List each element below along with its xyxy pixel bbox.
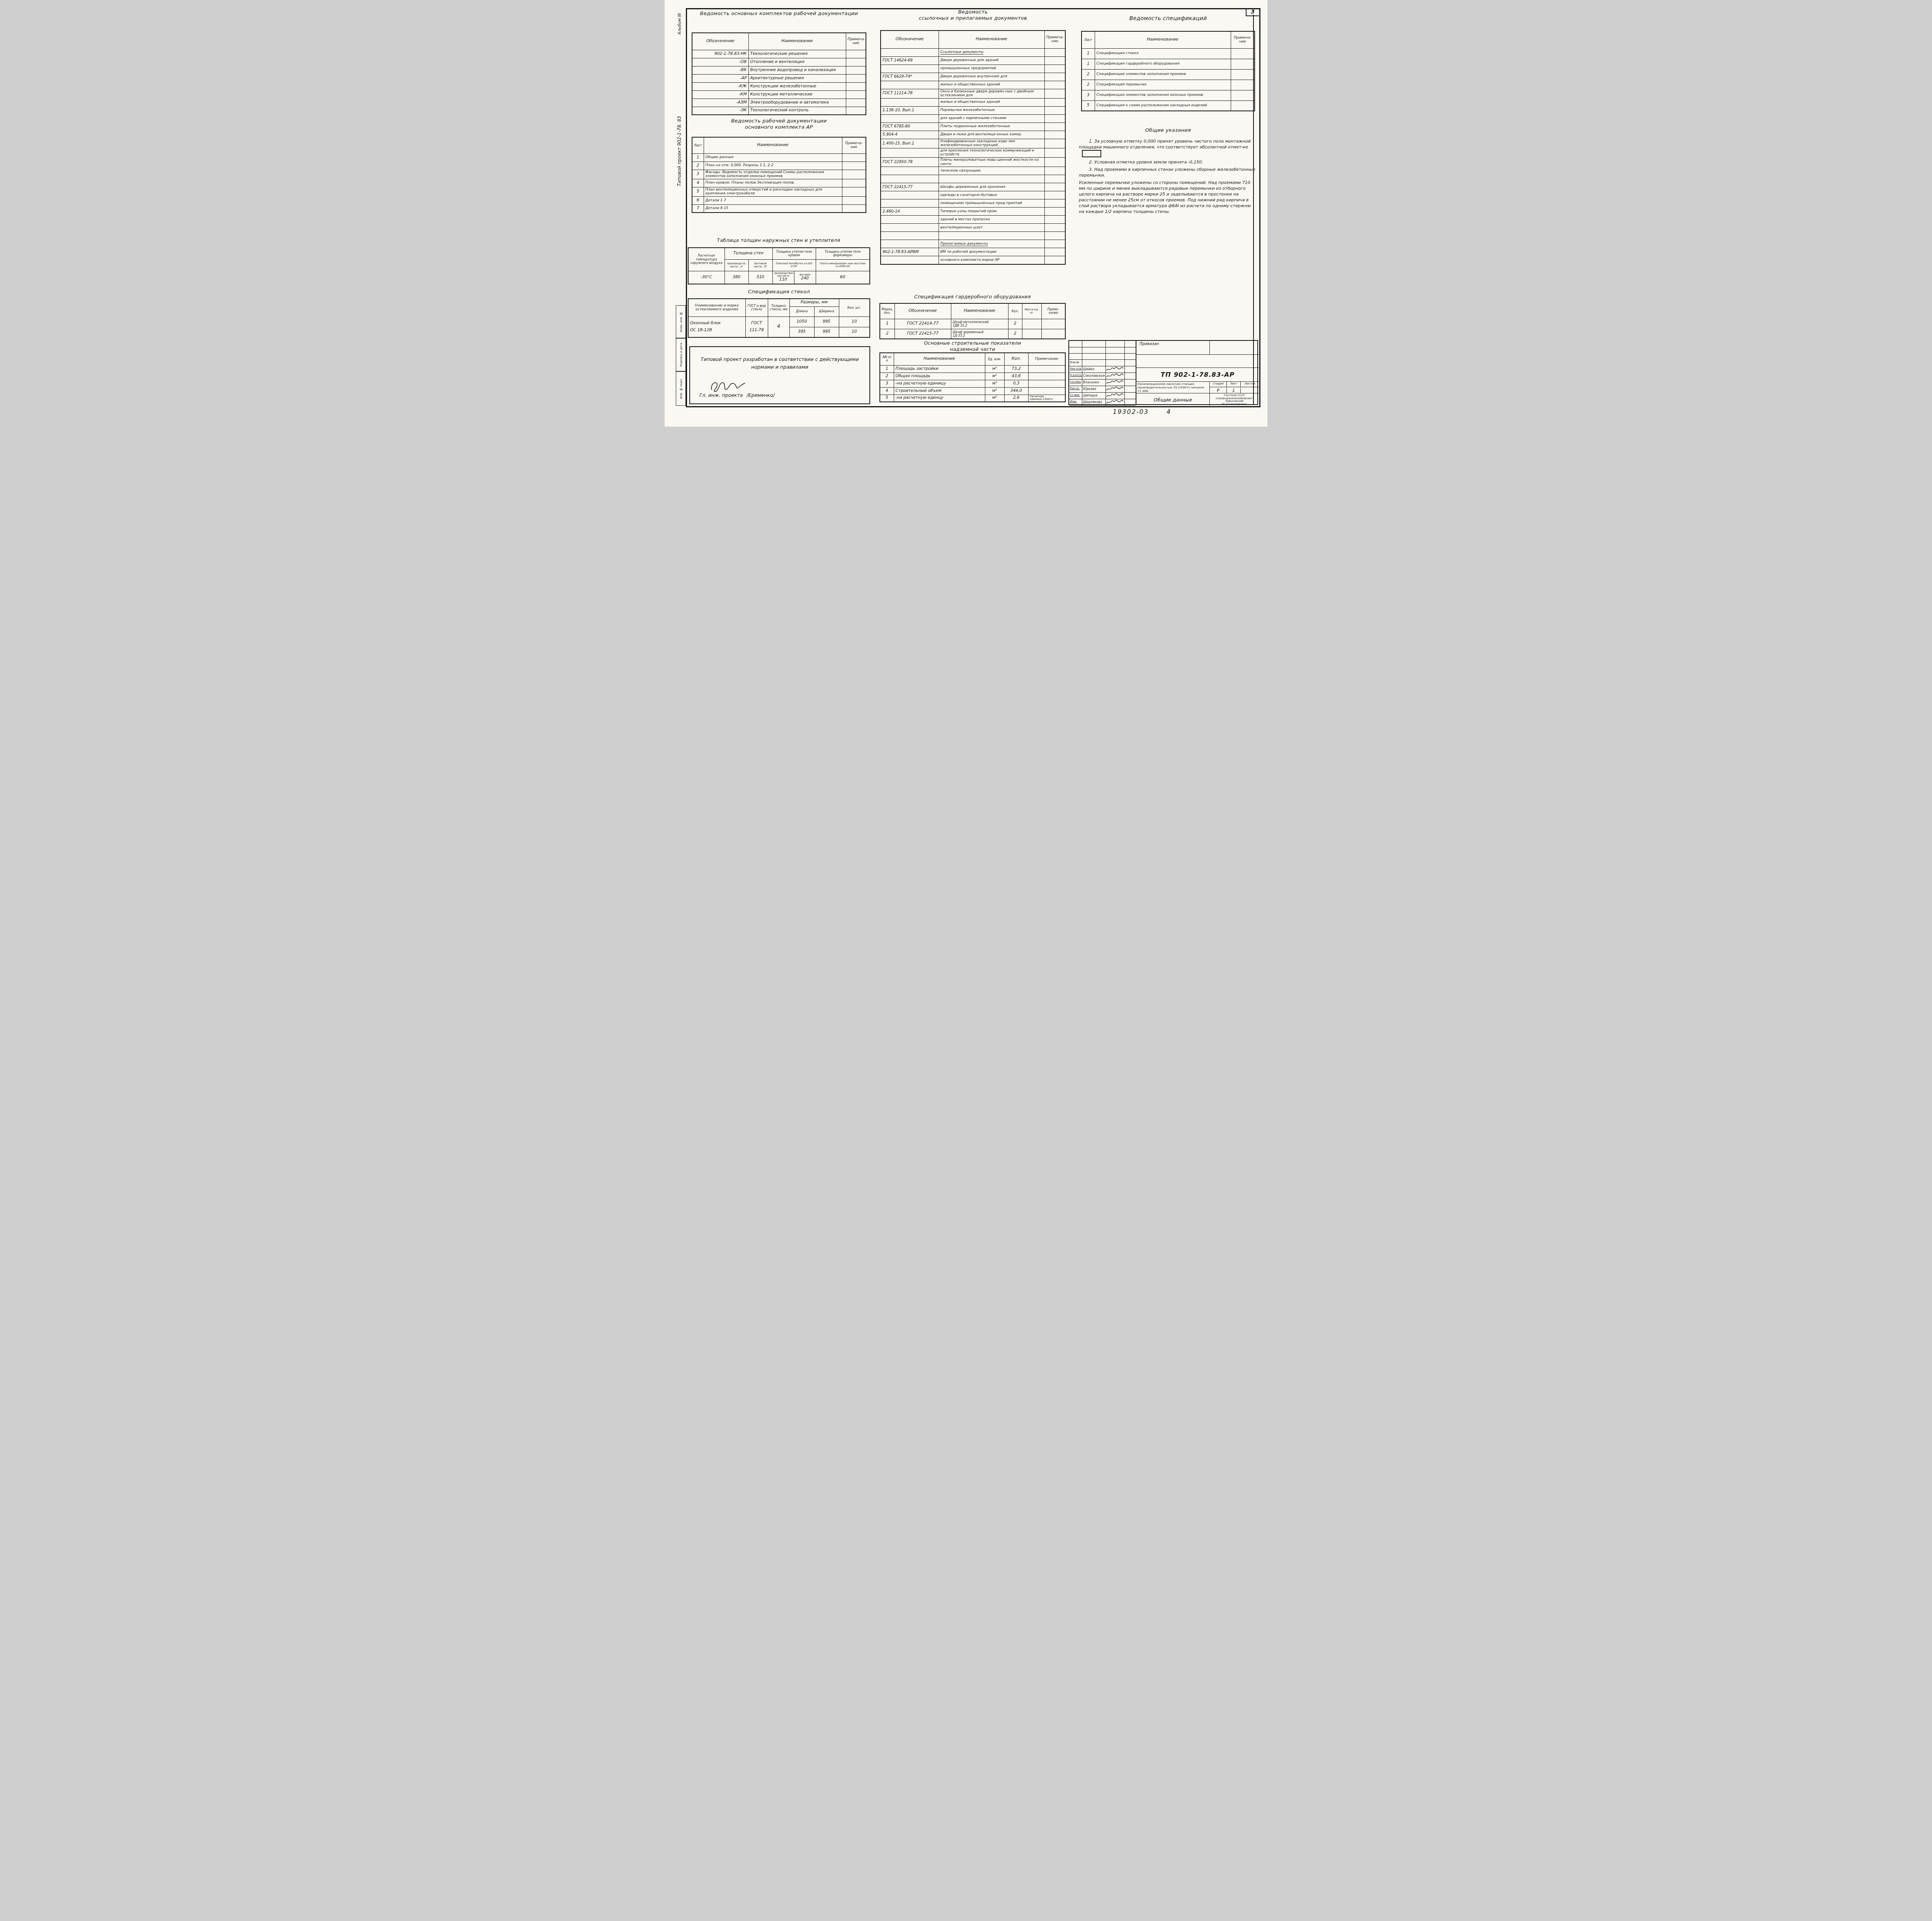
references-table: Обозначение Наименование Примеча-ние Ссы… — [880, 30, 1066, 265]
note-cell — [1044, 175, 1065, 183]
note-cell — [846, 74, 866, 82]
table-row: 2 ГОСТ 22415-77 Шкаф деревянный 1Д-33,2 … — [880, 329, 1065, 339]
code-cell: -ВК — [692, 66, 748, 74]
code-cell — [881, 199, 939, 208]
person-name: Соколовская — [1082, 373, 1106, 379]
header-item: Наименование и марка остекляемого издели… — [688, 299, 745, 316]
note-cell — [1231, 90, 1255, 100]
indicators-table: NN п/п Наименование Ед. изм. Кол. Примеч… — [879, 352, 1066, 402]
nn-cell: 2 — [880, 373, 894, 380]
name-cell: Типовые узлы покрытий пром. — [939, 208, 1044, 216]
note-cell — [1044, 248, 1065, 256]
code-cell: ГОСТ 22415-77 — [881, 183, 939, 191]
name-cell: Двери и люки для вентиляци-онных камер. — [939, 131, 1044, 139]
sheets-header-label: Листов — [1241, 382, 1259, 387]
qty-cell: 43,6 — [1004, 373, 1028, 380]
name-cell: жилых и общественных зданий — [939, 98, 1044, 106]
note-cell — [1044, 199, 1065, 208]
wardrobe-table: Марка, поз. Обозначение Наименование Кол… — [879, 303, 1066, 339]
table-row: 2 Спецификация элементов заполнения прое… — [1082, 69, 1255, 80]
note-cell — [1044, 106, 1065, 114]
nn-cell: 5 — [880, 395, 894, 402]
code-cell — [881, 232, 939, 240]
name-cell: тическом связующем. — [939, 167, 1044, 175]
header-roof-material: Плитный пенобетон γ=500 кг/м³ — [772, 259, 816, 271]
wardrobe-title: Спецификация гардеробного оборудования — [879, 294, 1066, 300]
signature-cell — [1106, 379, 1125, 386]
margin-album-label: Альбом III — [677, 13, 682, 35]
stamp-row — [1069, 347, 1136, 354]
note-cell — [1044, 123, 1065, 131]
margin-stamp-inv-label: Инв. № подл. — [679, 378, 683, 399]
name-cell: Спецификация гардеробного оборудования — [1095, 59, 1231, 69]
roof-prod-number: 110 — [779, 277, 787, 282]
code-cell: 2.460-14 — [881, 208, 939, 216]
gost-line2: 111-78 — [747, 328, 766, 333]
margin-stamp-vzam-label: Взам. инв. № — [679, 312, 683, 332]
header-name: Наименование — [894, 353, 985, 365]
name-cell: План вентиляционных отверстий и раскладк… — [704, 187, 842, 196]
code-cell — [881, 81, 939, 89]
gost-cell: ГОСТ 111-78 — [745, 316, 768, 337]
chief-engineer-role: Гл. инж. проекта — [699, 392, 743, 398]
note-cell — [842, 187, 866, 196]
signature-cell — [1106, 366, 1125, 373]
name-cell: Детали 8-15 — [704, 204, 842, 213]
thickness-cell: 4 — [768, 316, 789, 337]
column-header-sheet: Лист — [1082, 31, 1095, 48]
code-cell: ГОСТ 14624-69 — [881, 56, 939, 65]
code-cell: 5.904-4 — [881, 131, 939, 139]
note-cell — [1044, 114, 1065, 123]
signature-row: Н.контр. Соколовская — [1069, 373, 1136, 379]
code-cell: 902-1-78.83-НК — [692, 50, 748, 58]
name-cell: помещениях промышленных пред-приятий — [939, 199, 1044, 208]
note-cell — [846, 107, 866, 115]
title-block: Инв.№ Нач.отд Шейко Н.контр. Соколовск — [1068, 340, 1258, 405]
note-cell — [1044, 240, 1065, 248]
code-cell: -КЖ — [692, 82, 748, 90]
document-code: ТП 902-1-78.83-АР — [1161, 371, 1235, 378]
signature-row: Ст.арх. Ципорук — [1069, 393, 1136, 399]
header-length: Длина — [789, 306, 814, 316]
name-cell: Двери деревянные внутренние для — [939, 73, 1044, 81]
table-row: 902-1-78.83-НК Технологические решения — [692, 50, 866, 58]
name-cell: Перемычки железобетонные — [939, 106, 1044, 114]
note-cell — [846, 99, 866, 107]
note-cell — [1231, 100, 1255, 111]
indicators-title-line1: Основные строительные показатели — [879, 340, 1066, 346]
qty-cell: 10 — [839, 327, 870, 337]
note-cell — [1044, 48, 1065, 56]
margin-stamp-vzam-box: Взам. инв. № — [676, 305, 686, 339]
note-cell — [1028, 373, 1065, 380]
role-label: Гл.спец — [1069, 379, 1082, 386]
sheet-header-label: Лист — [1227, 382, 1241, 387]
table-row: 1 ГОСТ 22414-77 Шкаф металлический 1ДВ-3… — [880, 319, 1065, 329]
note-cell — [1044, 232, 1065, 240]
gost-line1: ГОСТ — [747, 321, 766, 326]
table-row: ГОСТ 6629-74* Двери деревянные внутренни… — [881, 73, 1065, 81]
name-cell: -на расчетную единцу — [894, 395, 985, 402]
header-fore-material: Плиты минераловат-ные жесткие γ=200кг/м — [816, 259, 870, 271]
name-cell: зданий в местах пропуска — [939, 216, 1044, 224]
role-label: Ст.арх. — [1069, 393, 1082, 399]
thickness-table: Расчетная температура наружного воздуха … — [688, 247, 870, 284]
person-name: Шейко — [1082, 366, 1106, 373]
roof-prod-value: производствен-ная часть 110 — [772, 271, 794, 284]
table-row: Прилагаемые документы — [881, 240, 1065, 248]
note-cell — [1028, 365, 1065, 373]
code-cell: ГОСТ 22414-77 — [895, 319, 951, 329]
wall-b-value: 510 — [748, 271, 772, 284]
signature-row: Рук.гр. Юрьева — [1069, 386, 1136, 393]
sheet-cell: 5 — [1082, 100, 1095, 111]
table-row: Ссылочные документы — [881, 48, 1065, 56]
note-cell — [1044, 89, 1065, 98]
empty-row — [1136, 355, 1259, 368]
ar-docs-table: Лист Наименование Примеча-ние 1 Общие да… — [692, 137, 866, 213]
glass-title: Спецификация стекол — [692, 289, 866, 295]
attachment-row: Привязан — [1136, 341, 1259, 355]
table-row — [881, 232, 1065, 240]
header-sizes: Размеры, мм — [789, 299, 839, 306]
qty-cell: 2 — [1008, 329, 1022, 339]
table-row: 6 Детали 1-7 — [692, 196, 866, 204]
role-label: Нач.отд — [1069, 366, 1082, 373]
name-cell: Унифицированные закладные изде-лия желез… — [939, 139, 1044, 148]
person-name: Ципорук — [1082, 393, 1106, 399]
archive-sheet-number: 4 — [1167, 408, 1171, 415]
name-cell: Спецификация перемычек — [1095, 80, 1231, 90]
note-cell — [842, 204, 866, 213]
note-cell — [842, 153, 866, 162]
header-thickness: Толщина стекла, мм — [768, 299, 789, 316]
name-cell: Прилагаемые документы — [939, 240, 1044, 248]
name-cell: Шкаф деревянный 1Д-33,2 — [951, 329, 1008, 339]
sheet-cell: 2 — [1082, 69, 1095, 80]
note-cell — [842, 196, 866, 204]
margin-project-label: Типовой проект 902-1-78. 83 — [677, 116, 682, 186]
note-cell — [1231, 69, 1255, 80]
name-cell: Электрооборудование и автоматика — [748, 99, 846, 107]
margin-stamp-inv-box: Инв. № подл. — [676, 371, 686, 406]
name-line1: Шкаф металлический — [953, 320, 989, 324]
stage-value: Р — [1210, 388, 1227, 393]
name-cell: Фасады. Ведомость отделки помещений Схем… — [704, 170, 842, 179]
table-row: 4 Строительный объем м³ 344,0 — [880, 387, 1065, 395]
header-walls: Толщина стен — [724, 248, 772, 259]
nn-cell: 3 — [880, 380, 894, 387]
person-name: Шевлякова — [1082, 399, 1106, 406]
development-note-box: Типовой проект разработан в соответствии… — [689, 346, 870, 404]
note-paragraph-4: Усиленные перемычки уложены со стороны п… — [1079, 180, 1257, 214]
unit-cell: м² — [985, 380, 1004, 387]
note-cell — [846, 66, 866, 74]
length-cell: 395 — [789, 327, 814, 337]
header-code: Обозначение — [895, 303, 951, 319]
table-row: 3 Фасады. Ведомость отделки помещений Сх… — [692, 170, 866, 179]
table-row: 7 Детали 8-15 — [692, 204, 866, 213]
table-row: ГОСТ 14624-69 Двери деревянные для здани… — [881, 56, 1065, 65]
note-cell — [1044, 56, 1065, 65]
note-cell — [1044, 183, 1065, 191]
table-row: жилых и общественных зданий — [881, 98, 1065, 106]
name-cell: Внутренние водопровод и канализация — [748, 66, 846, 74]
title-block-right: Привязан ТП 902-1-78.83-АР Канализационн… — [1136, 341, 1259, 404]
note-cell — [842, 170, 866, 179]
code-cell — [881, 240, 939, 248]
stage-header-label: Стадия — [1210, 382, 1227, 387]
header-width: Ширина — [814, 306, 839, 316]
name-cell: Конструкции металлические — [748, 90, 846, 99]
ar-docs-title-line1: Ведомость рабочей документации — [692, 118, 866, 124]
name-cell: Шкафы деревянные для хранения — [939, 183, 1044, 191]
table-row: 1 Общие данные — [692, 153, 866, 162]
table-row: 5 План вентиляционных отверстий и раскла… — [692, 187, 866, 196]
refs-title-line1: Ведомость — [880, 9, 1066, 15]
code-cell: -АЗМ — [692, 99, 748, 107]
note-cell — [1028, 387, 1065, 395]
width-cell: 995 — [814, 316, 839, 327]
note-cell — [846, 50, 866, 58]
table-row: -КЖ Конструкции железобетонные — [692, 82, 866, 90]
attachment-empty-cell — [1210, 341, 1259, 354]
note-cell — [1044, 216, 1065, 224]
signature-icon — [709, 379, 746, 393]
worksets-title: Ведомость основных комплектов рабочей до… — [692, 11, 866, 17]
mark-cell: 2 — [880, 329, 895, 339]
qty-cell: 2,6 — [1004, 395, 1028, 402]
sheet-value: 1 — [1227, 388, 1241, 393]
table-row: для крепления технологических коммуникац… — [881, 148, 1065, 157]
stage-values: Р 1 — [1210, 387, 1259, 393]
code-cell: -АР — [692, 74, 748, 82]
name-cell: Отопление и вентиляция — [748, 58, 846, 66]
note-cell — [846, 90, 866, 99]
table-row: для зданий с кирпичными стенами — [881, 114, 1065, 123]
name-cell: -на расчетную единицу — [894, 380, 985, 387]
code-cell: ГОСТ 22415-77 — [895, 329, 951, 339]
header-mark: Марка, поз. — [880, 303, 895, 319]
sheet-cell: 3 — [1082, 90, 1095, 100]
sheet-name-row: Общие данные Госстрой СССР Союзводоканал… — [1136, 393, 1259, 406]
signature-icon — [1106, 399, 1124, 405]
note-cell — [1044, 256, 1065, 264]
table-row — [881, 175, 1065, 183]
table-row: -АЗМ Электрооборудование и автоматика — [692, 99, 866, 107]
signature-icon — [1106, 373, 1124, 378]
qty-cell: 73,2 — [1004, 365, 1028, 373]
signature-row: Нач.отд Шейко — [1069, 366, 1136, 373]
note-cell: Расчетная единица-130м³/ч — [1028, 395, 1065, 402]
qty-cell: 0,3 — [1004, 380, 1028, 387]
column-header-name: Наименование — [1095, 31, 1231, 48]
signature-icon — [1106, 393, 1124, 398]
table-row: -ЭК Технологический контроль — [692, 107, 866, 115]
name-cell: Спецификация стекол — [1095, 48, 1231, 59]
note-cell — [842, 179, 866, 187]
signature-cell — [1106, 386, 1125, 393]
header-name: Наименование — [951, 303, 1008, 319]
name-cell: для зданий с кирпичными стенами — [939, 114, 1044, 123]
table-row: 1 Площадь застройки м² 73,2 — [880, 365, 1065, 373]
column-header-code: Обозначение — [881, 31, 939, 48]
table-row: основного комплекта марки АР — [881, 256, 1065, 264]
person-name: Юрьева — [1082, 386, 1106, 393]
unit-cell: м² — [985, 373, 1004, 380]
name-cell: Плиты минераловатные повы-шенной жесткос… — [939, 157, 1044, 167]
name-cell: Конструкции железобетонные — [748, 82, 846, 90]
sheet-name: Общие данные — [1136, 393, 1210, 406]
note-cell — [1044, 131, 1065, 139]
table-row: зданий в местах пропуска — [881, 216, 1065, 224]
table-row: 902-1-78.83-АРВМ ВМ по рабочей документа… — [881, 248, 1065, 256]
name-cell: жилых и общественных зданий — [939, 81, 1044, 89]
column-header-code: Обозначение — [692, 33, 748, 50]
signature-icon — [1106, 386, 1124, 391]
note-cell — [1044, 139, 1065, 148]
sheet-cell: 6 — [692, 196, 704, 204]
name-cell: Окна и балконные двери деревян-ные с дво… — [939, 89, 1044, 98]
table-row: промышленных предприятий — [881, 65, 1065, 73]
header-unit: Ед. изм. — [985, 353, 1004, 365]
name-line2: 1Д-33,2 — [953, 334, 965, 337]
sheet-cell: 2 — [692, 162, 704, 170]
name-cell: Шкаф металлический 1ДВ-33,2 — [951, 319, 1008, 329]
worksets-table: Обозначение Наименование Примеча-ние 902… — [692, 32, 866, 115]
refs-title: Ведомость ссылочных и прилагаемых докуме… — [880, 9, 1066, 22]
name-cell: Архитектурные решения — [748, 74, 846, 82]
header-note: Примечание — [1028, 353, 1065, 365]
document-code-row: ТП 902-1-78.83-АР — [1136, 368, 1259, 382]
sheet-cell: 4 — [692, 179, 704, 187]
ar-docs-title-line2: основного комплекта АР — [692, 124, 866, 131]
header-qty: Кол. — [1004, 353, 1028, 365]
item-cell: Оконный блок ОС 18-12В — [688, 316, 745, 337]
nn-cell: 4 — [880, 387, 894, 395]
table-row: 2 План на отм. 0,000. Разрезы 1-1, 2-2 — [692, 162, 866, 170]
name-cell: Спецификация к схеме расположения заклад… — [1095, 100, 1231, 111]
name-cell: Технологические решения — [748, 50, 846, 58]
signature-icon — [1106, 366, 1124, 372]
sheet-cell: 1 — [1082, 59, 1095, 69]
table-row: Оконный блок ОС 18-12В ГОСТ 111-78 4 105… — [688, 316, 870, 327]
table-row: 1.400-15, Вып.1 Унифицированные закладны… — [881, 139, 1065, 148]
signature-cell — [1106, 393, 1125, 399]
role-label: Инж. — [1069, 399, 1082, 406]
table-row: 5.904-4 Двери и люки для вентиляци-онных… — [881, 131, 1065, 139]
stage-block: Стадия Лист Листов Р 1 — [1210, 382, 1259, 393]
column-header-note: Примеча-ние — [1044, 31, 1065, 48]
note-cell — [1041, 329, 1065, 339]
archive-code-number: 19302-03 — [1113, 408, 1149, 415]
code-cell — [881, 216, 939, 224]
name-cell: промышленных предприятий — [939, 65, 1044, 73]
inventory-number-label: Инв.№ — [1069, 360, 1082, 366]
table-row: -КМ Конструкции металлические — [692, 90, 866, 99]
note-paragraph-3: 3. Над проемами в кирпичных стенах уложе… — [1079, 167, 1257, 178]
table-row: ГОСТ 22415-77 Шкафы деревянные для хране… — [881, 183, 1065, 191]
name-line1: Шкаф деревянный — [953, 330, 984, 334]
name-cell: Двери деревянные для зданий — [939, 56, 1044, 65]
column-header-note: Примеча-ние — [1231, 31, 1255, 48]
note-cell — [1044, 98, 1065, 106]
header-gost: ГОСТ и вид стекла — [745, 299, 768, 316]
signature-cell — [1106, 373, 1125, 379]
development-note-text: Типовой проект разработан в соответствии… — [697, 356, 862, 371]
header-wall-prod: производств. части , а" — [724, 259, 748, 271]
note-cell — [1044, 208, 1065, 216]
indicators-title-line2: надземной части — [879, 346, 1066, 352]
roof-dom-value: Бытовая 240 — [794, 271, 816, 284]
code-cell: 1.400-15, Вып.1 — [881, 139, 939, 148]
sheet-number-box: 3 — [1246, 8, 1259, 16]
organization-cell: Госстрой СССР Союзводоканалниипроект Хар… — [1210, 393, 1259, 406]
name-cell: Технологический контроль — [748, 107, 846, 115]
table-row: -ОВ Отопление и вентиляция — [692, 58, 866, 66]
signature-row: Гл.спец Власенко — [1069, 379, 1136, 386]
code-cell: 1.138-10, Вып.1 — [881, 106, 939, 114]
code-cell — [881, 256, 939, 264]
name-cell: Плиты подоконные железобетонные — [939, 123, 1044, 131]
table-row: 1.138-10, Вып.1 Перемычки железобетонные — [881, 106, 1065, 114]
code-cell — [881, 148, 939, 157]
refs-title-line2: ссылочных и прилагаемых документов — [880, 15, 1066, 22]
mass-cell — [1022, 329, 1041, 339]
name-cell: для крепления технологических коммуникац… — [939, 148, 1044, 157]
stage-header: Стадия Лист Листов — [1210, 382, 1259, 387]
code-cell — [881, 98, 939, 106]
note-1-text: 1. За условную отметку 0,000 принят уров… — [1079, 139, 1251, 150]
note-cell — [1044, 167, 1065, 175]
code-cell — [881, 175, 939, 183]
drawing-sheet: Альбом III Типовой проект 902-1-78. 83 В… — [665, 0, 1267, 427]
note-paragraph-2: 2. Условная отметка уровня земли принята… — [1079, 159, 1257, 165]
table-row: 3 Спецификация элементов заполнения окон… — [1082, 90, 1255, 100]
table-row: вентиляционных шахт — [881, 224, 1065, 232]
qty-cell: 10 — [839, 316, 870, 327]
ar-docs-title: Ведомость рабочей документации основного… — [692, 118, 866, 131]
table-row: 2.460-14 Типовые узлы покрытий пром. — [881, 208, 1065, 216]
note-cell — [1041, 319, 1065, 329]
width-cell: 995 — [814, 327, 839, 337]
name-cell: одежды в санитарно-бытовых — [939, 191, 1044, 199]
code-cell — [881, 167, 939, 175]
column-header-name: Наименование — [748, 33, 846, 50]
sheet-number: 3 — [1251, 9, 1255, 15]
mark-cell: 1 — [880, 319, 895, 329]
table-row: одежды в санитарно-бытовых — [881, 191, 1065, 199]
sheet-cell: 2 — [1082, 80, 1095, 90]
signature-cell — [1106, 399, 1125, 406]
table-row: 5 Спецификация к схеме расположения закл… — [1082, 100, 1255, 111]
note-cell — [1044, 224, 1065, 232]
column-header-note: Примеча-ние — [842, 137, 866, 153]
table-row: -АР Архитектурные решения — [692, 74, 866, 82]
roof-dom-number: 240 — [801, 276, 809, 281]
table-row: жилых и общественных зданий — [881, 81, 1065, 89]
note-cell — [1231, 48, 1255, 59]
note-cell — [1231, 59, 1255, 69]
sheet-cell: 7 — [692, 204, 704, 213]
note-cell — [1044, 157, 1065, 167]
table-row: ГОСТ 11214-78 Окна и балконные двери дер… — [881, 89, 1065, 98]
signature-row: Инж. Шевлякова — [1069, 399, 1136, 406]
header-forechamber: Толщина утепли-теля форкамеры — [816, 248, 870, 259]
table-row: помещениях промышленных пред-приятий — [881, 199, 1065, 208]
name-line2: 1ДВ-33,2 — [953, 324, 968, 327]
